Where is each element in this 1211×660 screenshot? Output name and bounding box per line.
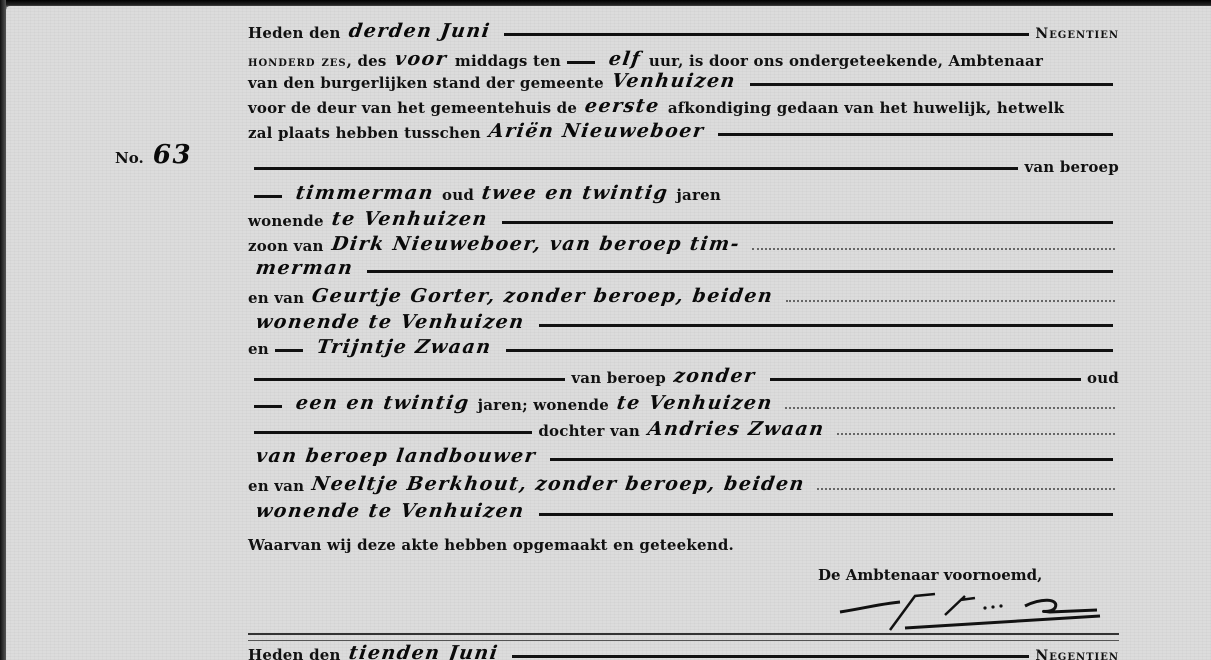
entry-number-value: 63 xyxy=(149,140,196,170)
text-line: van beroepzonderoud xyxy=(248,363,1119,387)
text-line: zal plaats hebben tusschenAriën Nieuwebo… xyxy=(248,118,1119,142)
printed-text: Waarvan wij deze akte hebben opgemaakt e… xyxy=(248,536,734,554)
printed-text: voor de deur van het gemeentehuis de xyxy=(248,99,577,117)
printed-text: Heden den xyxy=(248,646,341,660)
text-line: honderd zes, desvoormiddags tenelfuur, i… xyxy=(248,46,1119,70)
printed-text: en van xyxy=(248,289,304,307)
handwritten-entry: timmerman xyxy=(286,182,443,204)
handwritten-entry: elf xyxy=(599,48,650,70)
text-line: van beroep xyxy=(248,152,1119,176)
text-line: timmermanoudtwee en twintigjaren xyxy=(248,180,1119,204)
fill-rule xyxy=(502,221,1113,224)
text-line: en vanNeeltje Berkhout, zonder beroep, b… xyxy=(248,471,1119,495)
dotted-leader xyxy=(837,433,1115,435)
handwritten-entry: voor xyxy=(385,48,456,70)
printed-text: jaren xyxy=(676,186,721,204)
text-line: een en twintigjaren; wonendete Venhuizen xyxy=(248,390,1119,414)
printed-text: van beroep xyxy=(571,369,666,387)
fill-rule xyxy=(770,378,1081,381)
text-line: Waarvan wij deze akte hebben opgemaakt e… xyxy=(248,530,734,554)
printed-text: wonende xyxy=(248,212,324,230)
printed-smallcaps-text: Negentien xyxy=(1035,648,1119,660)
text-line: wonende te Venhuizen xyxy=(248,309,1119,333)
printed-text: en van xyxy=(248,477,304,495)
entry-number-prefix: No. xyxy=(115,149,144,167)
printed-text: zal plaats hebben tusschen xyxy=(248,124,481,142)
fill-rule xyxy=(539,324,1113,327)
handwritten-entry: zonder xyxy=(664,365,765,387)
text-line: voor de deur van het gemeentehuis deeers… xyxy=(248,93,1119,117)
dotted-leader xyxy=(786,300,1115,302)
fill-rule xyxy=(254,405,282,408)
fill-rule xyxy=(718,133,1113,136)
fill-rule xyxy=(550,458,1113,461)
text-line: wonendete Venhuizen xyxy=(248,206,1119,230)
text-line: van beroep landbouwer xyxy=(248,443,1119,467)
printed-text: dochter van xyxy=(538,422,640,440)
printed-text: jaren; wonende xyxy=(478,396,609,414)
text-line: enTrijntje Zwaan xyxy=(248,334,1119,358)
handwritten-entry: van beroep landbouwer xyxy=(246,445,545,467)
text-line: wonende te Venhuizen xyxy=(248,498,1119,522)
printed-text: zoon van xyxy=(248,237,324,255)
handwritten-entry: te Venhuizen xyxy=(322,208,497,230)
fill-rule xyxy=(539,513,1113,516)
handwritten-entry: Ariën Nieuweboer xyxy=(479,120,714,142)
printed-text: van beroep xyxy=(1024,158,1119,176)
handwritten-entry: Dirk Nieuweboer, van beroep tim- xyxy=(322,233,749,255)
text-line: dochter vanAndries Zwaan xyxy=(248,416,1119,440)
text-line: Heden denderden JuniNegentien xyxy=(248,18,1119,42)
handwritten-entry: eerste xyxy=(576,95,670,117)
handwritten-entry: wonende te Venhuizen xyxy=(246,500,534,522)
handwritten-entry: wonende te Venhuizen xyxy=(246,311,534,333)
printed-smallcaps-text: Negentien xyxy=(1035,26,1119,42)
fill-rule xyxy=(275,349,303,352)
text-line: zoon vanDirk Nieuweboer, van beroep tim- xyxy=(248,231,1119,255)
text-line: en vanGeurtje Gorter, zonder beroep, bei… xyxy=(248,283,1119,307)
dotted-leader xyxy=(817,488,1115,490)
fill-rule xyxy=(750,83,1113,86)
fill-rule xyxy=(506,349,1113,352)
printed-text: afkondiging gedaan van het huwelijk, het… xyxy=(668,99,1064,117)
handwritten-entry: Neeltje Berkhout, zonder beroep, beiden xyxy=(303,473,815,495)
printed-text: van den burgerlijken stand der gemeente xyxy=(248,74,604,92)
text-line: merman xyxy=(248,255,1119,279)
handwritten-entry: twee en twintig xyxy=(472,182,677,204)
signature-label: De Ambtenaar voornoemd, xyxy=(818,566,1042,584)
fill-rule xyxy=(512,655,1029,658)
official-signature xyxy=(835,590,1105,635)
entry-number: No. 63 xyxy=(115,140,196,170)
dotted-leader xyxy=(785,407,1115,409)
dotted-leader xyxy=(752,248,1115,250)
fill-rule xyxy=(254,167,1018,170)
handwritten-entry: te Venhuizen xyxy=(607,392,782,414)
handwritten-entry: Trijntje Zwaan xyxy=(307,336,501,358)
handwritten-entry: een en twintig xyxy=(286,392,479,414)
handwritten-entry: tienden Juni xyxy=(339,642,508,660)
fill-rule xyxy=(254,195,282,198)
fill-rule xyxy=(367,270,1113,273)
printed-text: oud xyxy=(442,186,474,204)
text-line: van den burgerlijken stand der gemeenteV… xyxy=(248,68,1119,92)
fill-rule xyxy=(567,61,595,64)
handwritten-entry: derden Juni xyxy=(339,20,500,42)
printed-text: en xyxy=(248,340,269,358)
handwritten-entry: merman xyxy=(246,257,363,279)
handwritten-entry: Andries Zwaan xyxy=(638,418,834,440)
printed-text: Heden den xyxy=(248,24,341,42)
fill-rule xyxy=(504,33,1029,36)
next-entry-line: Heden dentienden JuniNegentien xyxy=(248,640,1119,660)
fill-rule xyxy=(254,378,565,381)
handwritten-entry: Venhuizen xyxy=(602,70,745,92)
handwritten-entry: Geurtje Gorter, zonder beroep, beiden xyxy=(303,285,783,307)
fill-rule xyxy=(254,431,532,434)
printed-text: oud xyxy=(1087,369,1119,387)
